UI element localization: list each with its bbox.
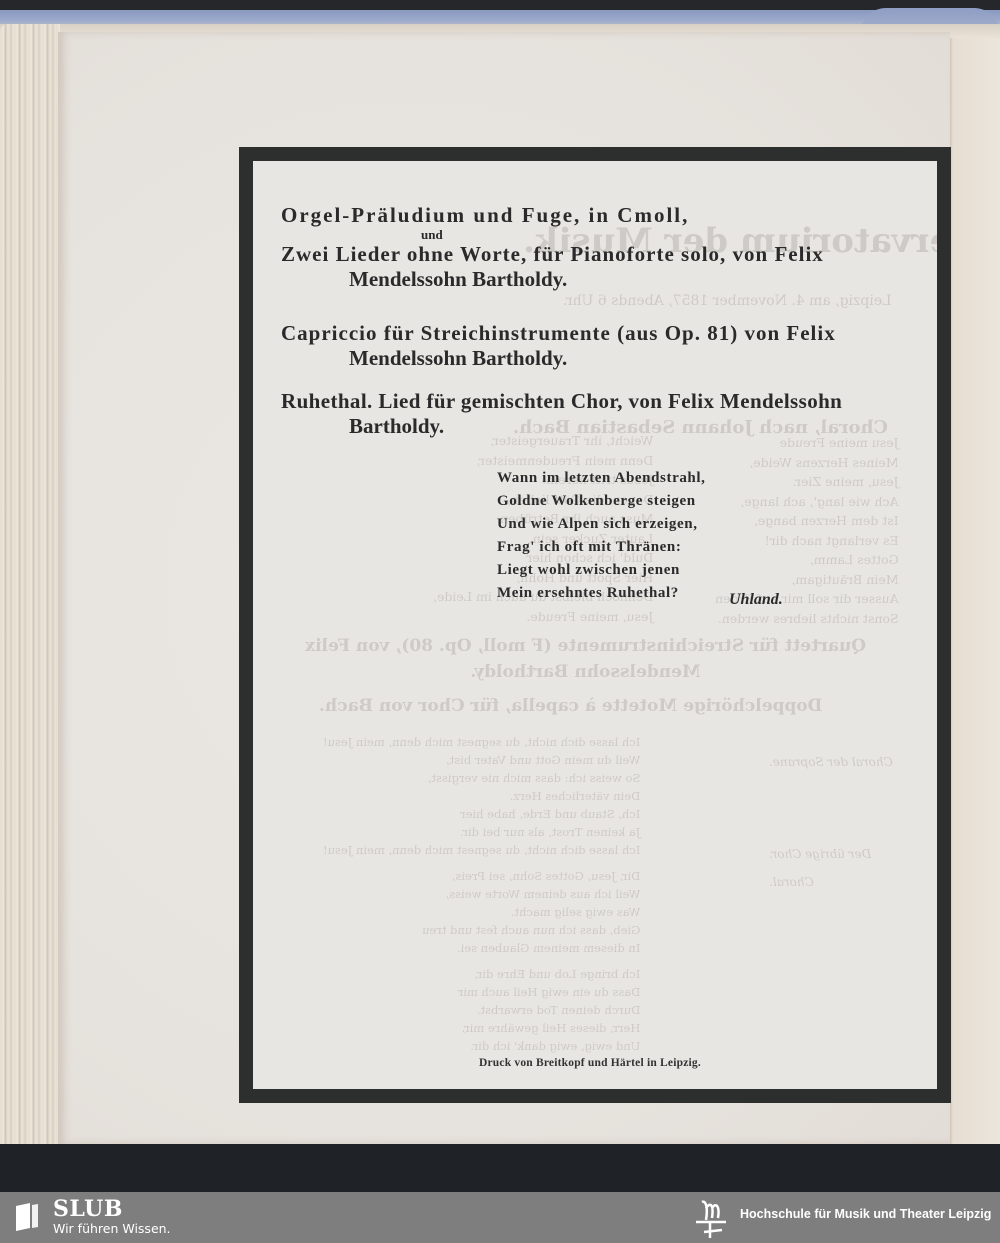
poem-author: Uhland. bbox=[729, 591, 783, 609]
entry-1-title: Orgel-Präludium und Fuge, in Cmoll, bbox=[281, 203, 824, 228]
bleed-side-label-2: Der übrige Chor. bbox=[769, 847, 871, 861]
program-entry-3: Ruhethal. Lied für gemischten Chor, von … bbox=[281, 389, 842, 439]
poem-line: Mein ersehntes Ruhethal? bbox=[497, 582, 705, 605]
bleed-side-label-3: Choral. bbox=[769, 875, 814, 889]
mourning-frame: Conservatorium der Musik. Leipzig, am 4.… bbox=[239, 147, 951, 1103]
poem-line: Goldne Wolkenberge steigen bbox=[497, 490, 705, 513]
entry-2-composer: Mendelssohn Bartholdy. bbox=[281, 346, 836, 371]
entry-1-composer: Mendelssohn Bartholdy. bbox=[281, 267, 824, 292]
bleed-quartet: Quartett für Streichinstrumente (F moll,… bbox=[305, 633, 866, 685]
bleed-motet-lines: Ich lasse dich nicht, du segnest mich de… bbox=[323, 733, 640, 1055]
page-stack-left-edge bbox=[0, 24, 60, 1144]
printer-imprint: Druck von Breitkopf und Härtel in Leipzi… bbox=[479, 1057, 701, 1069]
entry-3-title: Ruhethal. Lied für gemischten Chor, von … bbox=[281, 389, 842, 414]
poem-line: Und wie Alpen sich erzeigen, bbox=[497, 513, 705, 536]
entry-3-composer: Bartholdy. bbox=[281, 414, 842, 439]
entry-1-connector: und bbox=[281, 228, 824, 242]
next-page-edge bbox=[950, 38, 1000, 1144]
program-entry-2: Capriccio für Streichinstrumente (aus Op… bbox=[281, 321, 836, 371]
poem: Wann im letzten Abendstrahl, Goldne Wolk… bbox=[497, 467, 705, 605]
bleed-side-label-1: Choral der Soprane. bbox=[769, 755, 893, 769]
poem-line: Liegt wohl zwischen jenen bbox=[497, 559, 705, 582]
bleed-motet: Doppelchörige Motette à capella, für Cho… bbox=[319, 696, 822, 716]
poem-line: Wann im letzten Abendstrahl, bbox=[497, 467, 705, 490]
entry-2-title: Capriccio für Streichinstrumente (aus Op… bbox=[281, 321, 836, 346]
slub-tagline: Wir führen Wissen. bbox=[53, 1221, 171, 1236]
scan-bottom-background bbox=[0, 1144, 1000, 1192]
bleed-subheading: Leipzig, am 4. November 1857, Abends 6 U… bbox=[563, 293, 891, 309]
entry-1-title-2: Zwei Lieder ohne Worte, für Pianoforte s… bbox=[281, 242, 824, 267]
program-entry-1: Orgel-Präludium und Fuge, in Cmoll, und … bbox=[281, 203, 824, 292]
slub-name[interactable]: SLUB bbox=[53, 1196, 123, 1222]
slub-book-icon bbox=[14, 1203, 40, 1231]
hmt-monogram-icon bbox=[692, 1198, 732, 1240]
poem-line: Frag' ich oft mit Thränen: bbox=[497, 536, 705, 559]
scanned-page: Conservatorium der Musik. Leipzig, am 4.… bbox=[58, 32, 950, 1144]
viewer-footer: SLUB Wir führen Wissen. Hochschule für M… bbox=[0, 1192, 1000, 1243]
hmt-name[interactable]: Hochschule für Musik und Theater Leipzig bbox=[740, 1207, 991, 1221]
